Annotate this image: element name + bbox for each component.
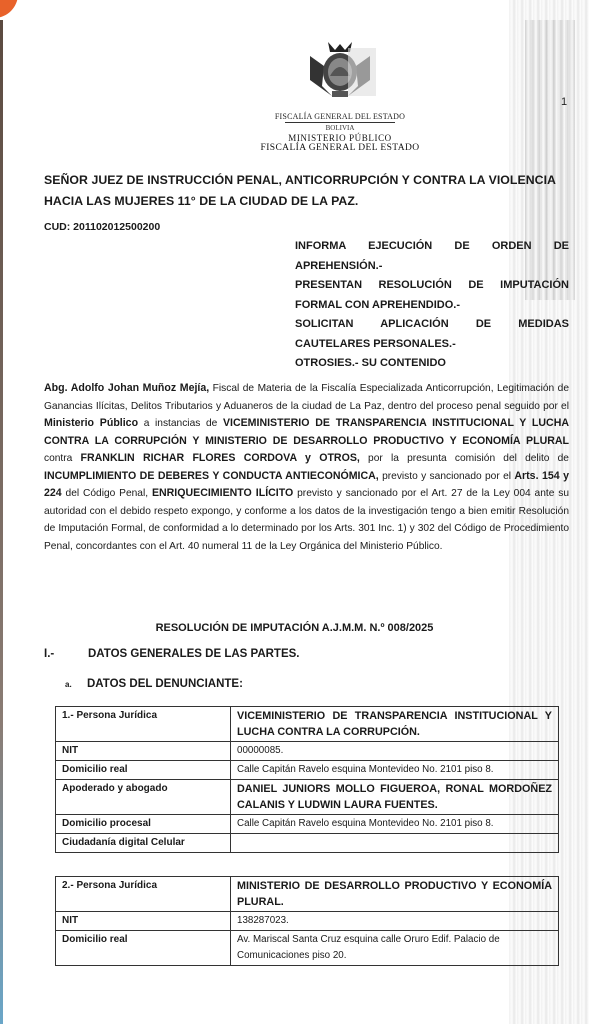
institution-office: FISCALÍA GENERAL DEL ESTADO bbox=[240, 143, 440, 153]
institution-name: FISCALÍA GENERAL DEL ESTADO bbox=[240, 112, 440, 121]
table-row: Ciudadanía digital Celular bbox=[56, 834, 559, 853]
prosecutor-name: Abg. Adolfo Johan Muñoz Mejía, bbox=[44, 382, 209, 394]
row-value: Calle Capitán Ravelo esquina Montevideo … bbox=[231, 815, 559, 834]
row-value: Av. Mariscal Santa Cruz esquina calle Or… bbox=[231, 931, 559, 966]
row-label: NIT bbox=[56, 912, 231, 931]
table-row: Apoderado y abogado DANIEL JUNIORS MOLLO… bbox=[56, 780, 559, 815]
party-table-1: 1.- Persona Jurídica VICEMINISTERIO DE T… bbox=[55, 706, 559, 853]
institution-country: BOLIVIA bbox=[240, 124, 440, 132]
summary-line: PRESENTAN RESOLUCIÓN DE IMPUTACIÓN bbox=[295, 276, 569, 296]
divider bbox=[285, 122, 395, 123]
crime-name-2: ENRIQUECIMIENTO ILÍCITO bbox=[152, 487, 293, 499]
summary-line: CAUTELARES PERSONALES.- bbox=[295, 335, 569, 355]
summary-line: OTROSIES.- SU CONTENIDO bbox=[295, 354, 569, 374]
summary-line: FORMAL CON APREHENDIDO.- bbox=[295, 296, 569, 316]
subsection-title: DATOS DEL DENUNCIANTE: bbox=[87, 678, 243, 690]
table-row: 1.- Persona Jurídica VICEMINISTERIO DE T… bbox=[56, 707, 559, 742]
bolivia-coat-of-arms-icon bbox=[302, 36, 378, 106]
row-label: 1.- Persona Jurídica bbox=[56, 707, 231, 742]
table-row: NIT 00000085. bbox=[56, 742, 559, 761]
document-summary: INFORMA EJECUCIÓN DE ORDEN DE APREHENSIÓ… bbox=[295, 237, 569, 374]
row-value: VICEMINISTERIO DE TRANSPARENCIA INSTITUC… bbox=[231, 707, 559, 742]
row-value: Calle Capitán Ravelo esquina Montevideo … bbox=[231, 761, 559, 780]
row-value: 138287023. bbox=[231, 912, 559, 931]
row-label: 2.- Persona Jurídica bbox=[56, 877, 231, 912]
plaintiff-public-ministry: Ministerio Público bbox=[44, 417, 138, 429]
section-title: DATOS GENERALES DE LAS PARTES. bbox=[88, 648, 300, 660]
row-value: MINISTERIO DE DESARROLLO PRODUCTIVO Y EC… bbox=[231, 877, 559, 912]
page-number: 1 bbox=[561, 96, 567, 108]
row-label: Apoderado y abogado bbox=[56, 780, 231, 815]
summary-line: APREHENSIÓN.- bbox=[295, 257, 569, 277]
row-label: Domicilio real bbox=[56, 761, 231, 780]
row-label: Domicilio real bbox=[56, 931, 231, 966]
document-header: FISCALÍA GENERAL DEL ESTADO BOLIVIA MINI… bbox=[240, 36, 440, 153]
case-code: CUD: 201102012500200 bbox=[44, 221, 160, 233]
party-table-2: 2.- Persona Jurídica MINISTERIO DE DESAR… bbox=[55, 876, 559, 966]
defendant-names: FRANKLIN RICHAR FLORES CORDOVA y OTROS, bbox=[81, 452, 360, 464]
section-number: I.- bbox=[44, 648, 88, 660]
row-label: Domicilio procesal bbox=[56, 815, 231, 834]
row-value: 00000085. bbox=[231, 742, 559, 761]
row-label: Ciudadanía digital Celular bbox=[56, 834, 231, 853]
table-row: 2.- Persona Jurídica MINISTERIO DE DESAR… bbox=[56, 877, 559, 912]
crime-name: INCUMPLIMIENTO DE DEBERES Y CONDUCTA ANT… bbox=[44, 470, 379, 482]
addressee: SEÑOR JUEZ DE INSTRUCCIÓN PENAL, ANTICOR… bbox=[44, 170, 569, 212]
resolution-title: RESOLUCIÓN DE IMPUTACIÓN A.J.M.M. N.º 00… bbox=[0, 622, 589, 634]
institution-ministry: MINISTERIO PÚBLICO bbox=[240, 133, 440, 143]
table-row: NIT 138287023. bbox=[56, 912, 559, 931]
section-heading: I.-DATOS GENERALES DE LAS PARTES. bbox=[44, 648, 300, 660]
row-value bbox=[231, 834, 559, 853]
table-row: Domicilio procesal Calle Capitán Ravelo … bbox=[56, 815, 559, 834]
subsection-bullet: a. bbox=[65, 680, 87, 689]
introductory-paragraph: Abg. Adolfo Johan Muñoz Mejía, Fiscal de… bbox=[44, 380, 569, 555]
row-value: DANIEL JUNIORS MOLLO FIGUEROA, RONAL MOR… bbox=[231, 780, 559, 815]
table-row: Domicilio real Calle Capitán Ravelo esqu… bbox=[56, 761, 559, 780]
row-label: NIT bbox=[56, 742, 231, 761]
subsection-heading: a.DATOS DEL DENUNCIANTE: bbox=[65, 678, 243, 690]
table-row: Domicilio real Av. Mariscal Santa Cruz e… bbox=[56, 931, 559, 966]
summary-line: SOLICITAN APLICACIÓN DE MEDIDAS bbox=[295, 315, 569, 335]
summary-line: INFORMA EJECUCIÓN DE ORDEN DE bbox=[295, 237, 569, 257]
scan-corner-decoration bbox=[0, 0, 18, 18]
scan-left-edge bbox=[0, 20, 3, 1024]
